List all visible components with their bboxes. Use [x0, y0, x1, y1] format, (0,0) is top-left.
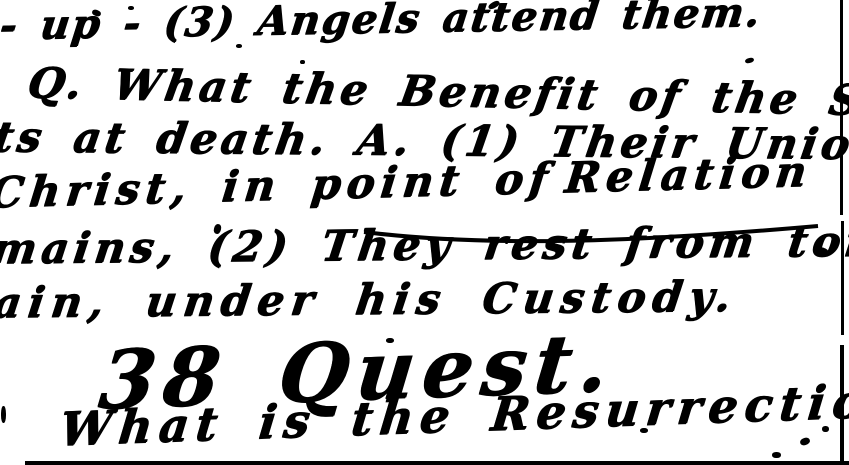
- line-5-text: mains, (2) They rest from toil: [0, 216, 849, 273]
- underlined-word-relation: Relation: [563, 148, 815, 201]
- scan-edge-right: [840, 0, 843, 215]
- line-4-text: Christ, in point of: [0, 153, 556, 217]
- ink-speck: [799, 437, 811, 447]
- manuscript-page: - up - (3) Angels attend them. Q. What t…: [0, 0, 849, 465]
- ink-speck: [300, 60, 305, 64]
- ink-speck: [386, 338, 394, 343]
- ink-speck: [772, 452, 781, 458]
- scan-edge-bottom: [25, 461, 849, 465]
- manuscript-line-6: ain, under his Custody.: [0, 273, 740, 326]
- ink-speck: [822, 426, 829, 432]
- manuscript-line-5: mains, (2) They rest from toil: [0, 218, 849, 272]
- ink-speck: [1, 406, 6, 423]
- ink-speck: [128, 6, 134, 10]
- manuscript-line-1: - up - (3) Angels attend them.: [0, 0, 764, 48]
- scan-edge-right: [841, 221, 844, 335]
- line-1-text: - up - (3) Angels attend them.: [0, 0, 764, 49]
- ink-speck: [745, 57, 755, 64]
- line-6-text: ain, under his Custody.: [0, 271, 740, 327]
- scan-edge-right: [840, 345, 844, 465]
- ink-speck: [640, 428, 648, 433]
- ink-speck: [518, 354, 525, 360]
- ink-speck: [236, 44, 242, 48]
